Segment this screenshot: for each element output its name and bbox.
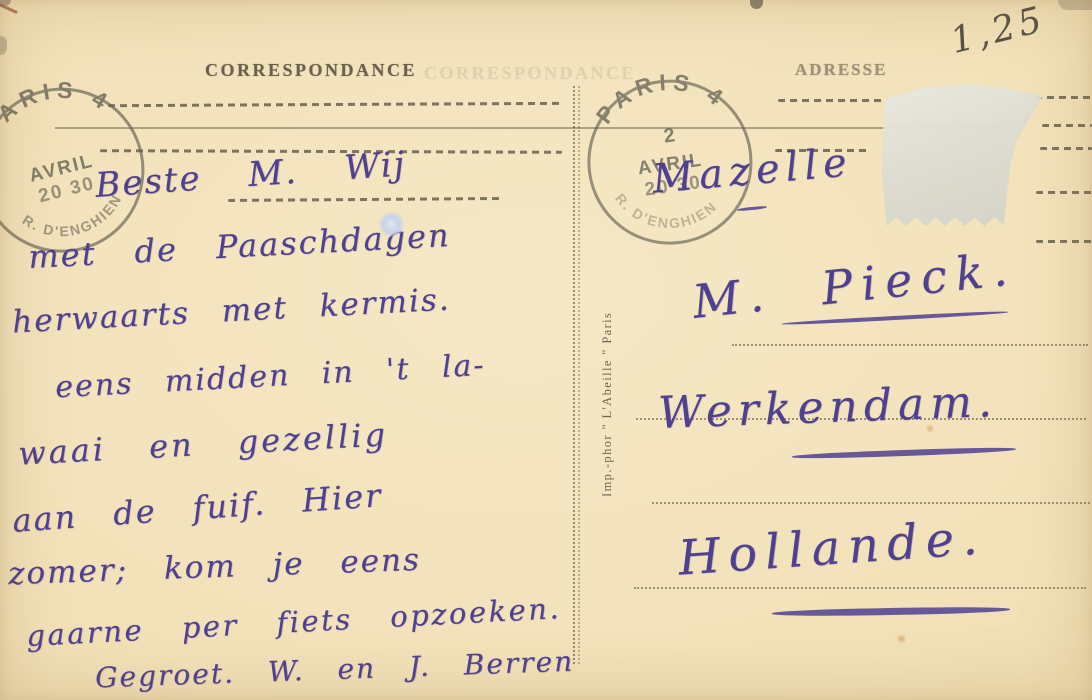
- address-rule: [652, 502, 1090, 504]
- cancellation-line: [778, 99, 886, 102]
- message-line: eens midden in 't la-: [55, 351, 487, 404]
- stamp-remnant: [880, 84, 1043, 229]
- address-country: Hollande.: [676, 509, 987, 586]
- cancellation-line: [1036, 191, 1092, 194]
- ink-underline: [792, 446, 1016, 460]
- cancellation-line: [1035, 96, 1092, 99]
- address-town: Werkendam.: [657, 376, 998, 439]
- cancellation-line: [228, 197, 500, 202]
- edge-mark-left: [0, 36, 7, 55]
- cancellation-line: [55, 127, 1005, 129]
- message-line: waai en gezellig: [17, 418, 388, 469]
- postmark-left-city: PARIS 4: [0, 62, 121, 147]
- postcard-back: CORRESPONDANCE CORRESPONDANCE ADRESSE 1,…: [0, 0, 1092, 700]
- message-line: gaarne per fiets opzoeken.: [26, 594, 562, 651]
- message-line: zomer; kom je eens: [8, 545, 422, 590]
- message-closing: Gegroet. W. en J. Berren: [95, 648, 575, 693]
- corner-shadow-top-left: [0, 0, 11, 6]
- adresse-label: ADRESSE: [795, 60, 887, 80]
- pencil-price: 1,25: [946, 0, 1049, 62]
- divider-line: [573, 86, 575, 664]
- correspondance-label: CORRESPONDANCE: [205, 60, 417, 81]
- address-rule: [732, 344, 1088, 346]
- cancellation-line: [108, 102, 560, 107]
- address-rule: [634, 587, 1086, 589]
- ink-underline: [772, 606, 1010, 617]
- foxing-spot: [925, 424, 935, 433]
- cancellation-line: [1036, 240, 1092, 243]
- message-line: aan de fuif. Hier: [11, 479, 383, 537]
- cancellation-line: [1042, 124, 1092, 127]
- edge-mark-top: [750, 0, 763, 9]
- postmark-center-day: 2: [662, 124, 676, 147]
- message-line: herwaarts met kermis.: [11, 285, 451, 339]
- printer-imprint: Imp.-phor " L'Abeille " Paris: [600, 249, 615, 497]
- cancellation-line: [1040, 147, 1092, 150]
- ink-blot: [378, 212, 405, 237]
- foxing-spot: [896, 634, 907, 644]
- svg-text:PARIS 4: PARIS 4: [0, 62, 121, 147]
- corner-shadow-top-right: [1058, 0, 1092, 10]
